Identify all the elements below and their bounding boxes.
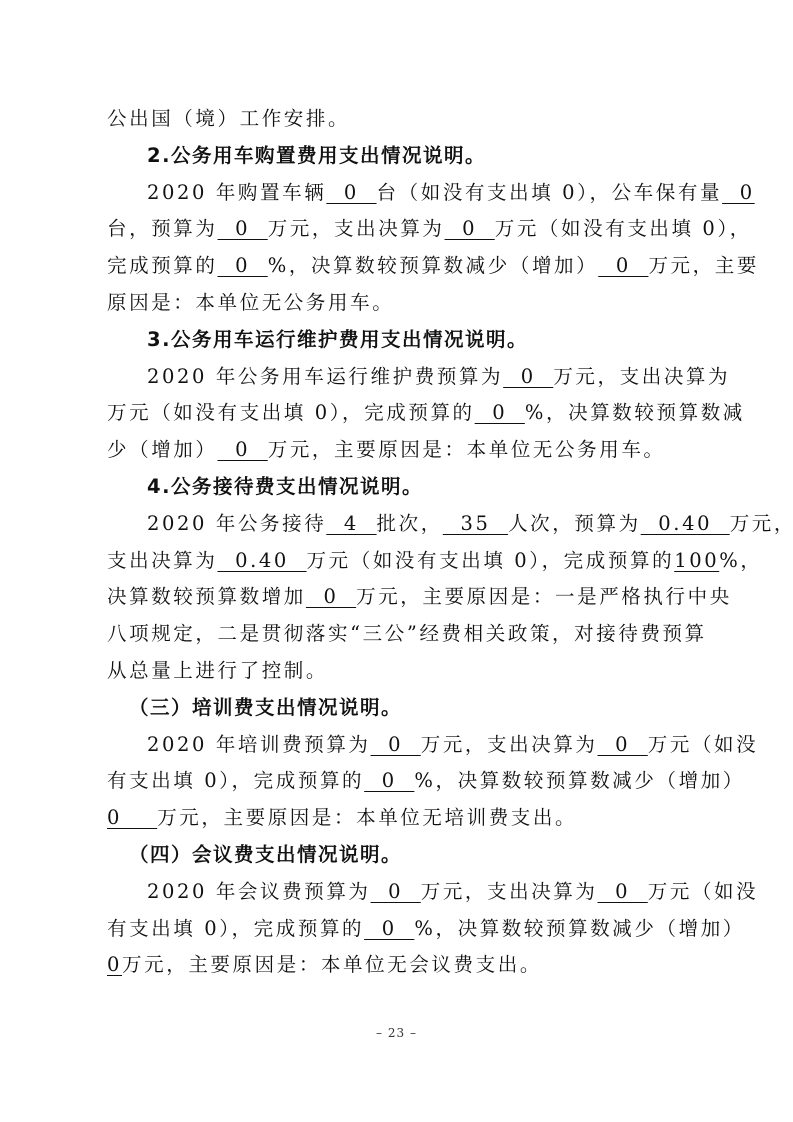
paragraph-line: 有支出填 0），完成预算的 0 %，决算数较预算数减少（增加） <box>107 911 699 948</box>
text-run: 少（增加） <box>107 438 218 461</box>
filled-value: 0 <box>371 874 421 911</box>
section-heading: 4.公务接待费支出情况说明。 <box>107 469 699 506</box>
text-run: 批次， <box>377 512 443 535</box>
text-run: 万元，支出决算为 <box>421 733 598 756</box>
filled-value: 0 <box>107 800 157 837</box>
paragraph-line: 有支出填 0），完成预算的 0 %，决算数较预算数减少（增加） <box>107 763 699 800</box>
text-run: 2.公务用车购置费用支出情况说明。 <box>147 144 486 167</box>
text-run: 人次，预算为 <box>508 512 641 535</box>
text-run: 2020 年培训费预算为 <box>147 733 371 756</box>
filled-value: 100 <box>674 543 719 580</box>
paragraph-line: 台，预算为 0 万元，支出决算为 0 万元（如没有支出填 0）， <box>107 211 699 248</box>
paragraph-line: 2020 年公务用车运行维护费预算为 0 万元，支出决算为 <box>107 359 699 396</box>
paragraph-line: 少（增加） 0 万元，主要原因是：本单位无公务用车。 <box>107 432 699 469</box>
document-body: 公出国（境）工作安排。2.公务用车购置费用支出情况说明。2020 年购置车辆 0… <box>107 101 699 984</box>
filled-value: 0 <box>107 947 122 984</box>
text-run: 2020 年公务接待 <box>147 512 326 535</box>
paragraph-line: 万元（如没有支出填 0），完成预算的 0 %，决算数较预算数减 <box>107 395 699 432</box>
text-run: %，决算数较预算数减少（增加） <box>414 917 745 940</box>
text-run: 万元，主要原因是：一是严格执行中央 <box>356 585 732 608</box>
filled-value: 0 <box>598 874 648 911</box>
text-run: 决算数较预算数增加 <box>107 585 306 608</box>
filled-value: 0 <box>306 579 356 616</box>
text-run: 万元，主要原因是：本单位无公务用车。 <box>268 438 666 461</box>
text-run: 万元（如没 <box>648 880 759 903</box>
paragraph-line: 八项规定，二是贯彻落实“三公”经费相关政策，对接待费预算 <box>107 616 699 653</box>
filled-value: 0 <box>445 211 495 248</box>
text-run: %， <box>719 549 762 572</box>
filled-value: 4 <box>326 506 376 543</box>
text-run: 从总量上进行了控制。 <box>107 659 328 682</box>
text-run: （三）培训费支出情况说明。 <box>129 696 402 719</box>
section-heading: 2.公务用车购置费用支出情况说明。 <box>107 138 699 175</box>
text-run: 有支出填 0），完成预算的 <box>107 917 364 940</box>
text-run: 2020 年公务用车运行维护费预算为 <box>147 365 503 388</box>
paragraph-line: 公出国（境）工作安排。 <box>107 101 699 138</box>
document-page: 公出国（境）工作安排。2.公务用车购置费用支出情况说明。2020 年购置车辆 0… <box>0 0 793 1122</box>
text-run: 支出决算为 <box>107 549 218 572</box>
filled-value: 0 <box>218 248 268 285</box>
text-run: 2020 年会议费预算为 <box>147 880 371 903</box>
filled-value: 0.40 <box>641 506 730 543</box>
text-run: 万元，主要原因是：本单位无会议费支出。 <box>122 953 542 976</box>
paragraph-line: 2020 年购置车辆 0 台（如没有支出填 0），公车保有量 0 <box>107 175 699 212</box>
text-run: 万元（如没有支出填 0），完成预算的 <box>107 401 475 424</box>
text-run: 万元，主要 <box>648 254 759 277</box>
paragraph-line: 2020 年会议费预算为 0 万元，支出决算为 0 万元（如没 <box>107 874 699 911</box>
paragraph-line: 决算数较预算数增加 0 万元，主要原因是：一是严格执行中央 <box>107 579 699 616</box>
paragraph-line: 2020 年培训费预算为 0 万元，支出决算为 0 万元（如没 <box>107 727 699 764</box>
filled-value: 0 <box>326 175 376 212</box>
paragraph-line: 从总量上进行了控制。 <box>107 653 699 690</box>
text-run: 完成预算的 <box>107 254 218 277</box>
filled-value: 35 <box>443 506 508 543</box>
filled-value: 0 <box>598 248 648 285</box>
text-run: （四）会议费支出情况说明。 <box>129 843 402 866</box>
filled-value: 0 <box>218 211 268 248</box>
text-run: 3.公务用车运行维护费用支出情况说明。 <box>147 328 528 351</box>
text-run: 万元（如没有支出填 0）， <box>495 217 752 240</box>
paragraph-line: 0万元，主要原因是：本单位无会议费支出。 <box>107 947 699 984</box>
filled-value: 0 <box>371 727 421 764</box>
text-run: %，决算数较预算数减 <box>525 401 745 424</box>
filled-value: 0.40 <box>218 543 307 580</box>
section-heading: （四）会议费支出情况说明。 <box>107 837 699 874</box>
text-run: %，决算数较预算数减少（增加） <box>268 254 599 277</box>
paragraph-line: 2020 年公务接待 4 批次， 35 人次，预算为 0.40 万元， <box>107 506 699 543</box>
text-run: %，决算数较预算数减少（增加） <box>414 769 745 792</box>
filled-value: 0 <box>475 395 525 432</box>
text-run: 万元，支出决算为 <box>421 880 598 903</box>
section-heading: 3.公务用车运行维护费用支出情况说明。 <box>107 322 699 359</box>
filled-value: 0 <box>598 727 648 764</box>
text-run: 原因是：本单位无公务用车。 <box>107 291 394 314</box>
text-run: 4.公务接待费支出情况说明。 <box>147 475 423 498</box>
text-run: 万元，主要原因是：本单位无培训费支出。 <box>157 806 577 829</box>
paragraph-line: 完成预算的 0 %，决算数较预算数减少（增加） 0 万元，主要 <box>107 248 699 285</box>
text-run: 台（如没有支出填 0），公车保有量 <box>377 181 723 204</box>
text-run: 万元，支出决算为 <box>553 365 730 388</box>
filled-value: 0 <box>218 432 268 469</box>
text-run: 有支出填 0），完成预算的 <box>107 769 364 792</box>
paragraph-line: 原因是：本单位无公务用车。 <box>107 285 699 322</box>
filled-value: 0 <box>503 359 553 396</box>
text-run: 万元（如没有支出填 0），完成预算的 <box>307 549 675 572</box>
page-number: – 23 – <box>0 1026 793 1040</box>
text-run: 万元，支出决算为 <box>268 217 445 240</box>
text-run: 公出国（境）工作安排。 <box>107 107 350 130</box>
text-run: 八项规定，二是贯彻落实“三公”经费相关政策，对接待费预算 <box>107 622 707 645</box>
filled-value: 0 <box>364 911 414 948</box>
filled-value: 0 <box>722 175 755 212</box>
paragraph-line: 支出决算为 0.40 万元（如没有支出填 0），完成预算的100%， <box>107 543 699 580</box>
text-run: 2020 年购置车辆 <box>147 181 326 204</box>
text-run: 台，预算为 <box>107 217 218 240</box>
text-run: 万元（如没 <box>648 733 759 756</box>
text-run: 万元， <box>730 512 793 535</box>
paragraph-line: 0 万元，主要原因是：本单位无培训费支出。 <box>107 800 699 837</box>
section-heading: （三）培训费支出情况说明。 <box>107 690 699 727</box>
filled-value: 0 <box>364 763 414 800</box>
